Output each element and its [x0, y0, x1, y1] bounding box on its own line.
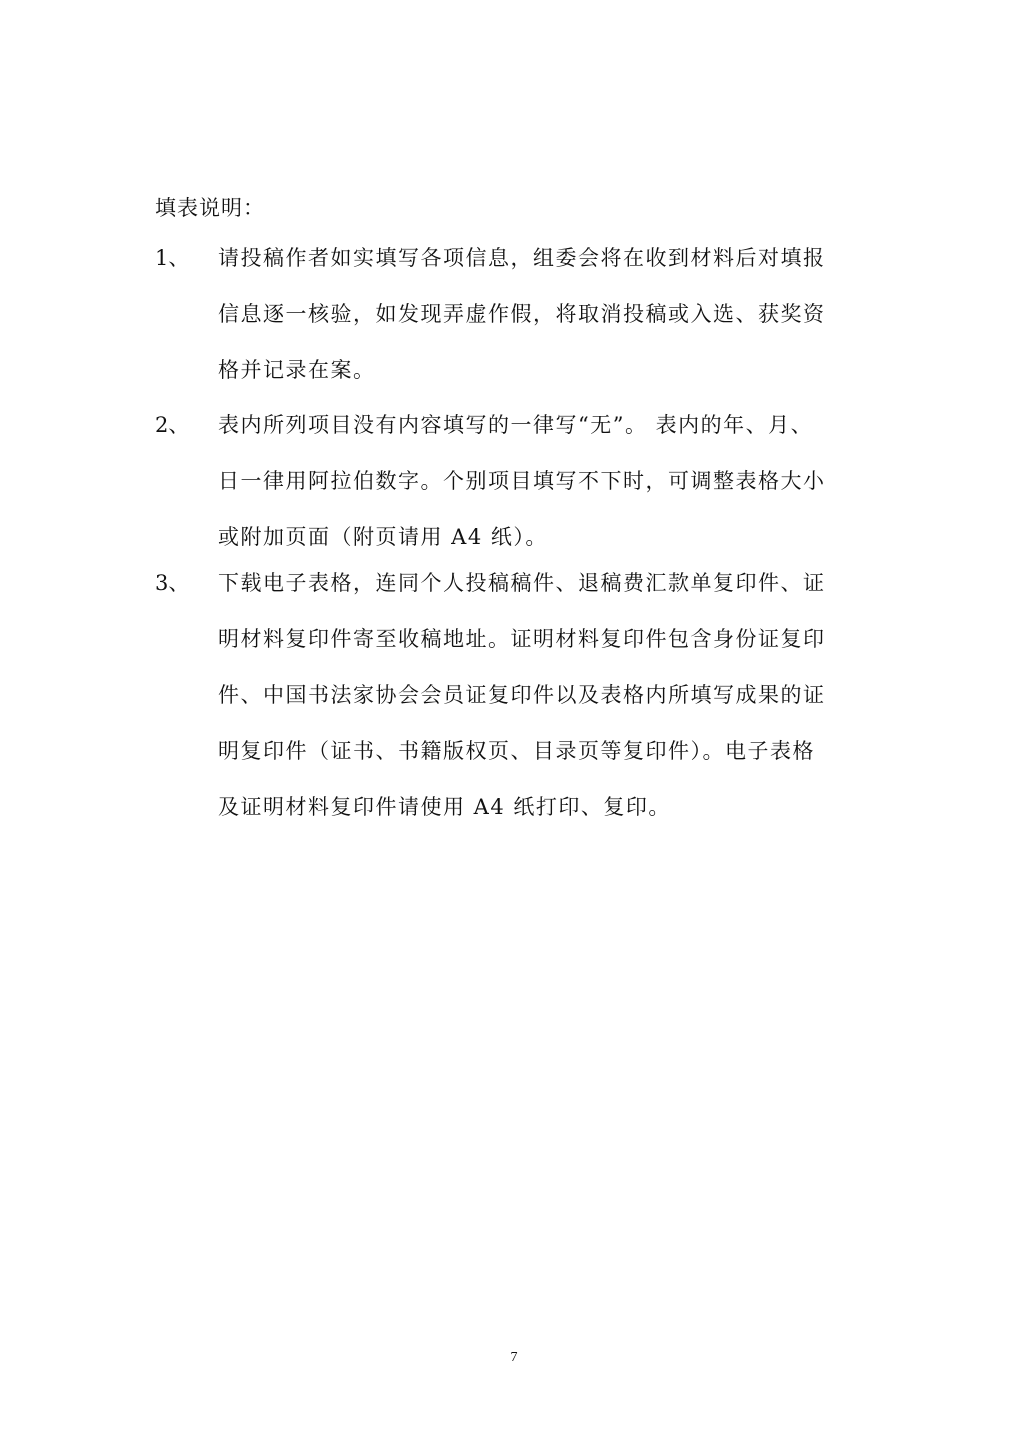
page-number: 7 — [0, 1350, 1028, 1366]
document-page: 填表说明： 1、 请投稿作者如实填写各项信息，组委会将在收到材料后对填报 信息逐… — [0, 0, 1028, 1454]
item-text-line: 信息逐一核验，如发现弄虚作假，将取消投稿或入选、获奖资 — [218, 286, 885, 342]
instruction-item-3: 3、 下载电子表格，连同个人投稿稿件、退稿费汇款单复印件、证 明材料复印件寄至收… — [155, 555, 885, 835]
item-text-line: 表内所列项目没有内容填写的一律写“无”。 表内的年、月、 — [218, 397, 885, 453]
item-text-line: 明复印件（证书、书籍版权页、目录页等复印件）。电子表格 — [218, 723, 885, 779]
item-text-line: 日一律用阿拉伯数字。个别项目填写不下时，可调整表格大小 — [218, 453, 885, 509]
instruction-item-2: 2、 表内所列项目没有内容填写的一律写“无”。 表内的年、月、 日一律用阿拉伯数… — [155, 397, 885, 565]
item-text-line: 及证明材料复印件请使用 A4 纸打印、复印。 — [218, 779, 885, 835]
item-text-line: 件、中国书法家协会会员证复印件以及表格内所填写成果的证 — [218, 667, 885, 723]
item-text-line: 明材料复印件寄至收稿地址。证明材料复印件包含身份证复印 — [218, 611, 885, 667]
item-number: 3、 — [155, 555, 189, 611]
instruction-item-1: 1、 请投稿作者如实填写各项信息，组委会将在收到材料后对填报 信息逐一核验，如发… — [155, 230, 885, 398]
instructions-heading: 填表说明： — [155, 188, 265, 228]
item-text-line: 请投稿作者如实填写各项信息，组委会将在收到材料后对填报 — [218, 230, 885, 286]
item-number: 1、 — [155, 230, 189, 286]
item-text-line: 格并记录在案。 — [218, 342, 885, 398]
item-number: 2、 — [155, 397, 189, 453]
item-text-line: 下载电子表格，连同个人投稿稿件、退稿费汇款单复印件、证 — [218, 555, 885, 611]
